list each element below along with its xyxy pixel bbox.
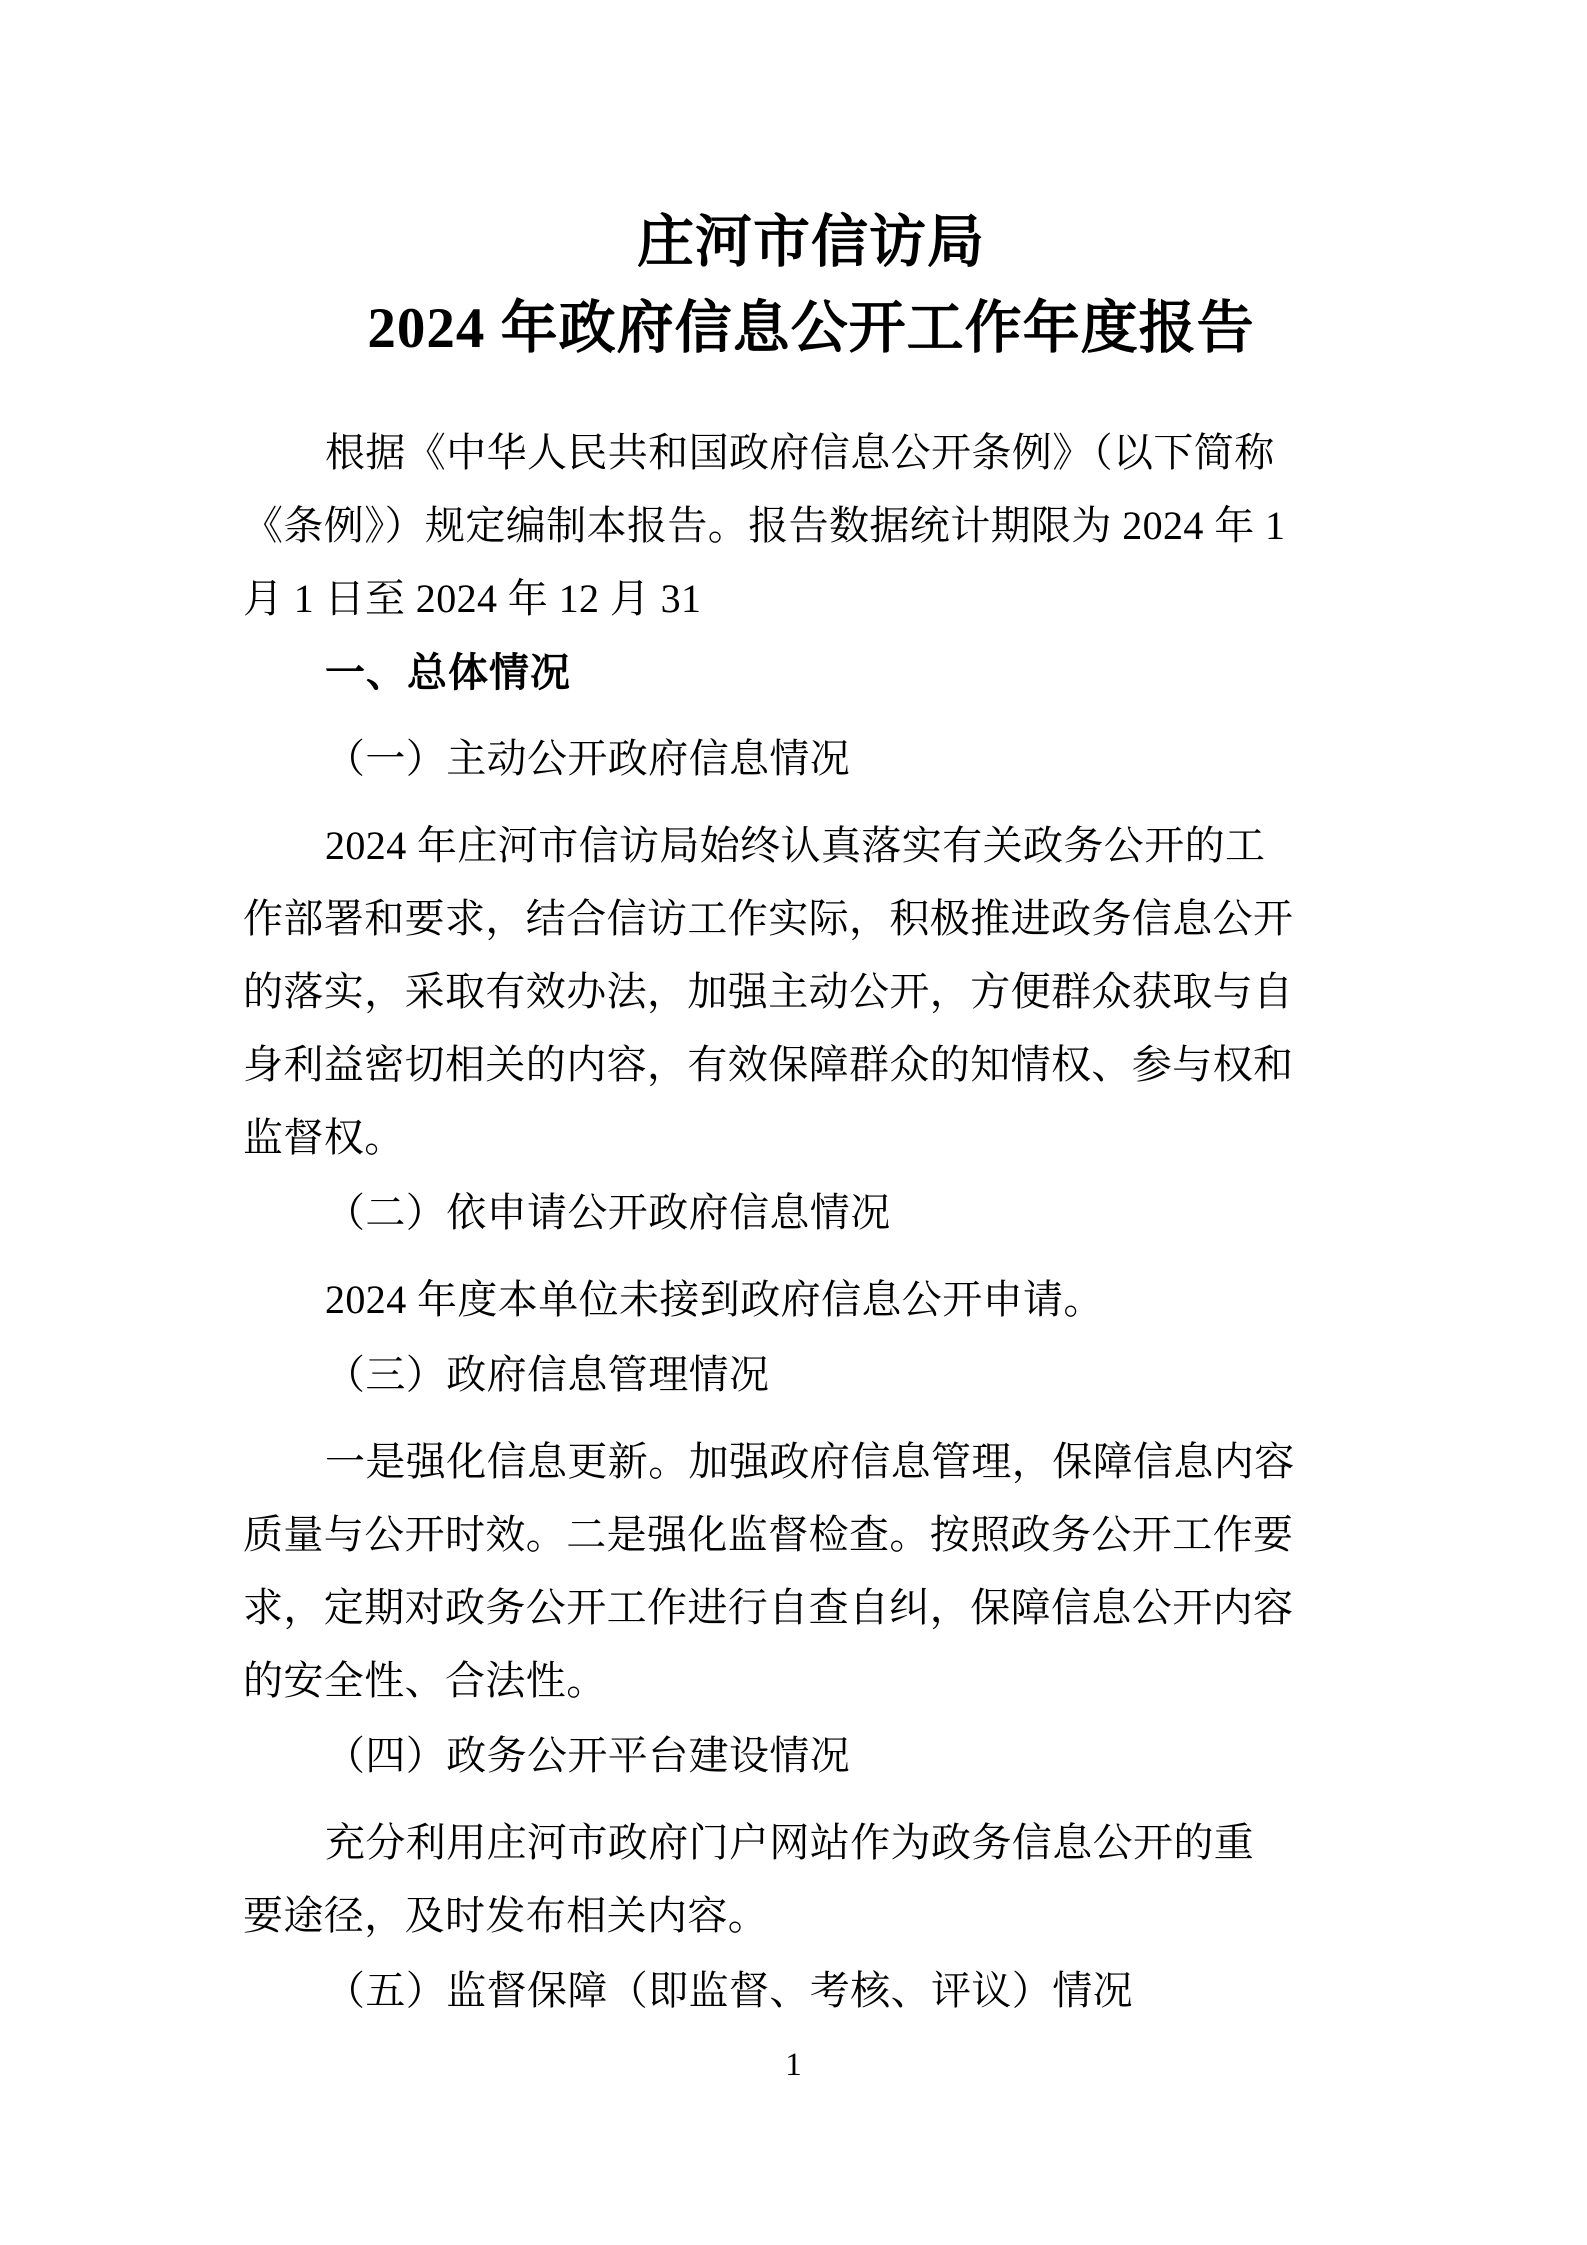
intro-paragraph: 根据《中华人民共和国政府信息公开条例》（以下简称 《条例》）规定编制本报告。报告… (243, 416, 1379, 635)
section-1-heading: （一）主动公开政府信息情况 (243, 722, 1379, 795)
document-content: 庄河市信访局 2024 年政府信息公开工作年度报告 根据《中华人民共和国政府信息… (243, 0, 1379, 2027)
section-5-heading: （五）监督保障（即监督、考核、评议）情况 (243, 1954, 1379, 2027)
section-1-paragraph: 2024 年庄河市信访局始终认真落实有关政务公开的工 作部署和要求，结合信访工作… (243, 809, 1379, 1174)
section-3-paragraph: 一是强化信息更新。加强政府信息管理，保障信息内容 质量与公开时效。二是强化监督检… (243, 1425, 1379, 1717)
document-page: 庄河市信访局 2024 年政府信息公开工作年度报告 根据《中华人民共和国政府信息… (0, 0, 1587, 2245)
document-title-line1: 庄河市信访局 (243, 200, 1379, 286)
section-2-heading: （二）依申请公开政府信息情况 (243, 1176, 1379, 1249)
document-title-line2: 2024 年政府信息公开工作年度报告 (243, 286, 1379, 372)
section-3-heading: （三）政府信息管理情况 (243, 1338, 1379, 1411)
section-4-heading: （四）政务公开平台建设情况 (243, 1719, 1379, 1792)
section-4-paragraph: 充分利用庄河市政府门户网站作为政务信息公开的重 要途径，及时发布相关内容。 (243, 1806, 1379, 1952)
overall-situation-heading: 一、总体情况 (243, 637, 1379, 710)
page-number: 1 (0, 2045, 1587, 2085)
section-2-paragraph: 2024 年度本单位未接到政府信息公开申请。 (243, 1263, 1379, 1336)
document-title: 庄河市信访局 2024 年政府信息公开工作年度报告 (243, 200, 1379, 372)
